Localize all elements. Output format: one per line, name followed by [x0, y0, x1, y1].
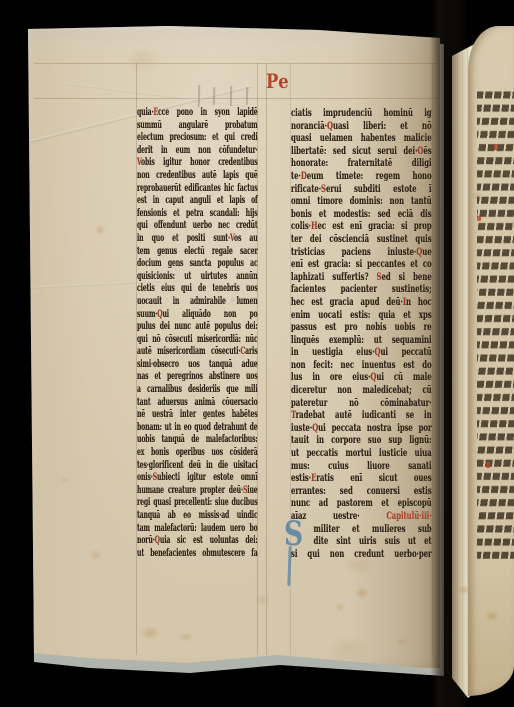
- text-segment: ex bonis operibus uos cōsiderā: [137, 447, 258, 458]
- text-line: non credentibus autē lapis quē: [137, 170, 258, 183]
- text-segment: ui cū male: [376, 371, 431, 383]
- text-line: facientes pacienter sustinetis;: [291, 283, 432, 296]
- text-segment: ui peccatū: [380, 346, 431, 358]
- ruling-line: [266, 63, 267, 655]
- text-line: tauit in corpore suo sup lignū:: [291, 434, 432, 447]
- text-line: uocauit in admirabile lumen: [137, 296, 258, 309]
- initial-tail: [287, 546, 291, 586]
- text-line: nunc ad pastorem et episcopū: [291, 497, 432, 510]
- text-line: dite sint uiris suis ut et: [291, 535, 432, 548]
- text-segment: tem genus electū regale sacer: [137, 246, 258, 257]
- text-segment: ciatis imprudenciū hominū ig: [291, 107, 432, 119]
- text-segment: ter dei cōscienciā sustinet quis: [291, 233, 432, 245]
- text-segment: n hoc: [406, 296, 432, 308]
- text-line: ciatis imprudenciū hominū ig: [291, 107, 432, 120]
- text-line: militer et mulieres sub: [291, 523, 432, 536]
- text-line: lus in ore eius·Qui cū male: [291, 371, 432, 384]
- facing-page: [468, 26, 514, 696]
- text-segment: pateretur nō cōminabatur·: [291, 397, 432, 409]
- text-segment: facientes pacienter sustinetis;: [291, 283, 432, 295]
- text-line: hec est gracia apud deū·In hoc: [291, 296, 432, 309]
- text-line: a carnalibus desideriis que mili: [137, 384, 258, 397]
- text-line: estis·Eratis enī sicut oues: [291, 472, 432, 485]
- text-line: nas et peregrinos abstinere uos: [137, 371, 258, 384]
- text-line: ter dei cōscienciā sustinet quis: [291, 233, 432, 246]
- text-segment: quasi uelamen habentes malicie: [291, 132, 432, 144]
- text-segment: in quo et positi sunt·: [137, 233, 230, 244]
- text-segment: errantes: sed conuersi estis: [291, 485, 432, 497]
- text-line: diceretur non maledicebat; cū: [291, 384, 432, 397]
- text-line: tant aduersus animā cōuersacio: [137, 397, 258, 410]
- text-segment: estis·: [291, 472, 311, 484]
- text-line: norū·Quia sic est uoluntas dei:: [137, 535, 258, 548]
- facing-rubric-mark: [494, 144, 498, 150]
- text-segment: autē misericordiam cōsecuti·: [137, 346, 240, 357]
- show-through-mark: [198, 85, 201, 107]
- text-segment: qui nō cōsecuti misericordiā: nūc: [137, 334, 258, 345]
- text-segment: aīaz uestre·: [291, 510, 386, 522]
- text-segment: tristicias paciens iniuste·: [291, 246, 416, 258]
- text-segment: te·: [291, 170, 301, 182]
- text-line: pateretur nō cōminabatur·: [291, 397, 432, 410]
- text-segment: suum·: [137, 309, 157, 320]
- text-segment: mus: cuius liuore sanati: [291, 460, 432, 472]
- text-segment: uocauit in admirabile lumen: [137, 296, 258, 307]
- text-segment: uasi liberi: et nō: [333, 120, 432, 132]
- text-segment: ed si bene: [381, 271, 431, 283]
- text-line: enim uocati estis: quia et xps: [291, 309, 432, 322]
- text-segment: tauit in corpore suo sup lignū:: [291, 434, 432, 446]
- text-segment: si qui non credunt uerbo·per: [291, 548, 432, 560]
- text-segment: ui peccata nostra ipse por: [318, 422, 431, 434]
- text-segment: humane creature propter deū·: [137, 485, 243, 496]
- text-segment: os au: [234, 233, 258, 244]
- text-segment: in uestigia eius·: [291, 346, 374, 358]
- text-segment: libertatē: sed sicut serui dei·: [291, 145, 417, 157]
- text-line: iuste·Qui peccata nostra ipse por: [291, 422, 432, 435]
- text-segment: linquēs exemplū: ut sequamini: [291, 334, 432, 346]
- text-line: derit in eum non cōfundetur·: [137, 145, 258, 158]
- text-segment: erui subditi estote ī: [326, 183, 432, 195]
- text-segment: hec est gracia apud deū·: [291, 296, 403, 308]
- text-line: uobis tanquā de malefactoribus:: [137, 434, 258, 447]
- text-line: enī est gracia: si peccantes et co: [291, 258, 432, 271]
- text-line: electum preciosum: et qui credi: [137, 132, 258, 145]
- text-segment: pulus dei nunc autē populus dei:: [137, 321, 258, 332]
- show-through-mark: [246, 87, 249, 105]
- text-line: suum·Qui aliquādo non po: [137, 309, 258, 322]
- text-line: onis·Subiecti igitur estote omnī: [137, 472, 258, 485]
- text-line: laphizati suffertis? Sed si bene: [291, 271, 432, 284]
- facing-page-text: [477, 88, 514, 562]
- text-segment: eum timete: regem hono: [307, 170, 432, 182]
- text-segment: ubiecti igitur estote omnī: [157, 472, 257, 483]
- text-segment: obis igitur honor credentibus: [141, 157, 257, 168]
- text-line: linquēs exemplū: ut sequamini: [291, 334, 432, 347]
- text-segment: tanquā ab eo missis·ad uindic: [137, 510, 258, 521]
- text-line: non fecit: nec inuentus est do: [291, 359, 432, 372]
- manuscript-photo: Pe quia·Ecce pono in syon lapidēsummū an…: [0, 0, 514, 707]
- text-line: te·Deum timete: regem hono: [291, 170, 432, 183]
- left-page: Pe quia·Ecce pono in syon lapidēsummū an…: [28, 25, 440, 673]
- text-line: rificate·Serui subditi estote ī: [291, 183, 432, 196]
- text-segment: iue: [247, 485, 257, 496]
- text-segment: uobis tanquā de malefactoribus:: [137, 434, 258, 445]
- text-segment: noranciā·: [291, 120, 327, 132]
- text-line: cietis eius qui de tenebris uos: [137, 283, 258, 296]
- running-header: Pe: [266, 69, 289, 93]
- text-segment: bonam: ut in eo quod detrahunt de: [137, 422, 258, 433]
- text-line: tam malefactorū: laudem uero bo: [137, 523, 258, 536]
- text-segment: reprobauerūt edificantes hic factus: [137, 183, 258, 194]
- text-segment: ec est enī gracia: si prop: [318, 220, 432, 232]
- text-line: ut peccatis mortui iusticie uiua: [291, 447, 432, 460]
- text-segment: cietis eius qui de tenebris uos: [137, 283, 258, 294]
- text-segment: colis·: [291, 220, 311, 232]
- text-segment: regi quasi precellenti: siue ducibus: [137, 497, 258, 508]
- text-line: omni timore dominis: non tantū: [291, 195, 432, 208]
- text-line: summū angularē probatum: [137, 120, 258, 133]
- text-segment: aris: [245, 346, 257, 357]
- text-line: tem genus electū regale sacer: [137, 246, 258, 259]
- text-segment: enim uocati estis: quia et xps: [291, 309, 432, 321]
- text-line: simi·obsecro uos tanquā adue: [137, 359, 258, 372]
- text-line: bonis et modestis: sed eciā dis: [291, 208, 432, 221]
- text-line: fensionis et petra scandali: hijs: [137, 208, 258, 221]
- text-segment: radebat autē iudicanti se in: [296, 409, 432, 421]
- chapter-initial: S: [284, 517, 303, 551]
- text-segment: fensionis et petra scandali: hijs: [137, 208, 258, 219]
- text-line: tanquā ab eo missis·ad uindic: [137, 510, 258, 523]
- text-line: in uestigia eius·Qui peccatū: [291, 346, 432, 359]
- text-segment: est in caput anguli et lapis of: [137, 195, 258, 206]
- text-segment: enī est gracia: si peccantes et co: [291, 258, 432, 270]
- text-line: libertatē: sed sicut serui dei·Oēs: [291, 145, 432, 158]
- text-segment: ui aliquādo non po: [162, 309, 257, 320]
- text-segment: ut benefacientes obmutescere fa: [137, 548, 258, 559]
- text-segment: iuste·: [291, 422, 312, 434]
- text-segment: Capitulū·iii·: [386, 510, 431, 522]
- text-segment: qui offendunt uerbo nec credūt: [137, 220, 258, 231]
- text-segment: militer et mulieres sub: [313, 523, 431, 535]
- text-line: noranciā·Quasi liberi: et nō: [291, 120, 432, 133]
- text-segment: tant aduersus animā cōuersacio: [137, 397, 258, 408]
- text-segment: tam malefactorū: laudem uero bo: [137, 523, 258, 534]
- text-segment: a carnalibus desideriis que mili: [137, 384, 258, 395]
- ruling-line: [34, 98, 438, 99]
- facing-rubric-mark: [477, 216, 481, 221]
- text-line: pulus dei nunc autē populus dei:: [137, 321, 258, 334]
- text-line: aīaz uestre· Capitulū·iii·: [291, 510, 432, 523]
- text-line: bonam: ut in eo quod detrahunt de: [137, 422, 258, 435]
- text-segment: diceretur non maledicebat; cū: [291, 384, 432, 396]
- text-segment: nē uestrā inter gentes habētes: [137, 409, 258, 420]
- text-segment: ut peccatis mortui iusticie uiua: [291, 447, 432, 459]
- text-segment: non fecit: nec inuentus est do: [291, 359, 432, 371]
- text-segment: onis·: [137, 472, 153, 483]
- text-column-left: quia·Ecce pono in syon lapidēsummū angul…: [137, 107, 258, 560]
- text-segment: lus in ore eius·: [291, 371, 370, 383]
- text-line: passus est pro nobis uobis re: [291, 321, 432, 334]
- text-line: qui nō cōsecuti misericordiā: nūc: [137, 334, 258, 347]
- text-segment: omni timore dominis: non tantū: [291, 195, 432, 207]
- text-line: ut benefacientes obmutescere fa: [137, 548, 258, 561]
- text-line: tes·glorificent deū in die uisitaci: [137, 460, 258, 473]
- show-through-mark: [230, 86, 233, 106]
- text-segment: honorate: fraternitatē diligi: [291, 157, 432, 169]
- text-line: colis·Hec est enī gracia: si prop: [291, 220, 432, 233]
- text-line: docium gens sancta populus ac: [137, 258, 258, 271]
- text-segment: quia·: [137, 107, 153, 118]
- text-segment: passus est pro nobis uobis re: [291, 321, 432, 333]
- text-segment: derit in eum non cōfundetur·: [137, 145, 258, 156]
- text-segment: norū·: [137, 535, 155, 546]
- text-segment: uia sic est uoluntas dei:: [160, 535, 258, 546]
- text-segment: nas et peregrinos abstinere uos: [137, 371, 258, 382]
- text-line: ex bonis operibus uos cōsiderā: [137, 447, 258, 460]
- text-segment: ratis enī sicut oues: [316, 472, 431, 484]
- text-line: autē misericordiam cōsecuti·Caris: [137, 346, 258, 359]
- text-line: quisicionis: ut uirtutes annūn: [137, 271, 258, 284]
- text-line: mus: cuius liuore sanati: [291, 460, 432, 473]
- text-line: est in caput anguli et lapis of: [137, 195, 258, 208]
- crease: [68, 83, 257, 108]
- text-segment: simi·obsecro uos tanquā adue: [137, 359, 258, 370]
- text-line: si qui non credunt uerbo·per: [291, 548, 432, 561]
- show-through-mark: [213, 87, 216, 105]
- text-line: in quo et positi sunt·Vos au: [137, 233, 258, 246]
- text-segment: non credentibus autē lapis quē: [137, 170, 258, 181]
- text-segment: summū angularē probatum: [137, 120, 258, 131]
- text-segment: electum preciosum: et qui credi: [137, 132, 258, 143]
- text-segment: nunc ad pastorem et episcopū: [291, 497, 432, 509]
- text-segment: tes·glorificent deū in die uisitaci: [137, 460, 258, 471]
- text-line: honorate: fraternitatē diligi: [291, 157, 432, 170]
- facing-rubric-mark: [486, 462, 490, 468]
- text-line: humane creature propter deū·Siue: [137, 485, 258, 498]
- text-line: tristicias paciens iniuste·Que: [291, 246, 432, 259]
- text-segment: dite sint uiris suis ut et: [313, 535, 431, 547]
- text-line: Vobis igitur honor credentibus: [137, 157, 258, 170]
- text-segment: rificate·: [291, 183, 321, 195]
- text-line: Tradebat autē iudicanti se in: [291, 409, 432, 422]
- text-line: quasi uelamen habentes malicie: [291, 132, 432, 145]
- text-segment: cce pono in syon lapidē: [158, 107, 258, 118]
- text-segment: docium gens sancta populus ac: [137, 258, 258, 269]
- text-line: errantes: sed conuersi estis: [291, 485, 432, 498]
- ruling-line: [34, 63, 438, 64]
- text-line: nē uestrā inter gentes habētes: [137, 409, 258, 422]
- text-segment: quisicionis: ut uirtutes annūn: [137, 271, 258, 282]
- text-column-right: ciatis imprudenciū hominū ignoranciā·Qua…: [291, 107, 432, 560]
- text-line: reprobauerūt edificantes hic factus: [137, 183, 258, 196]
- text-line: quia·Ecce pono in syon lapidē: [137, 107, 258, 120]
- text-segment: bonis et modestis: sed eciā dis: [291, 208, 432, 220]
- text-line: regi quasi precellenti: siue ducibus: [137, 497, 258, 510]
- text-line: qui offendunt uerbo nec credūt: [137, 220, 258, 233]
- text-segment: laphizati suffertis?: [291, 271, 377, 283]
